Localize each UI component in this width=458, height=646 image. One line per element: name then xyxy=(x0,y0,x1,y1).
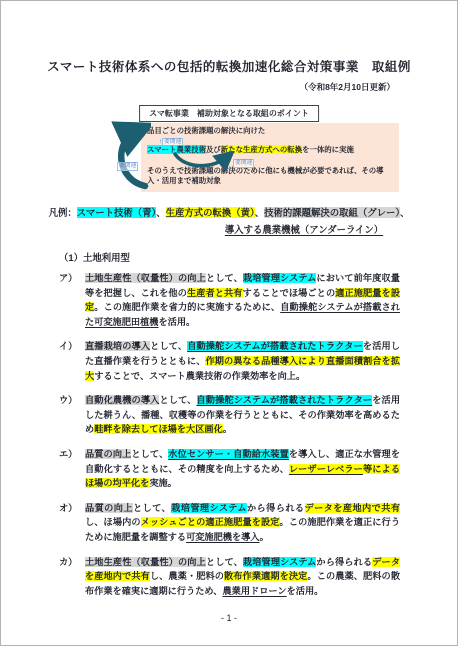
text-segment: として、 xyxy=(159,395,196,405)
text-segment: メッシュごとの適正施肥量を設定 xyxy=(141,517,280,527)
text-segment: 自動化農機の導入 xyxy=(85,395,159,405)
text-segment: 水位センサー・自動給水装置 xyxy=(168,449,289,459)
list-item: ア）土地生産性（収量性）の向上として、栽培管理システムにおいて前年度収量等を把握… xyxy=(59,271,400,329)
item-text: 品質の向上として、水位センサー・自動給水装置を導入し、適正な水管理を自動化すると… xyxy=(85,447,400,491)
text-segment: として、 xyxy=(206,273,243,283)
list-item: ウ）自動化農機の導入として、自動操舵システムが搭載されたトラクターを活用した耕う… xyxy=(59,393,400,437)
text-segment: 自動操舵システムが搭載されたトラクター xyxy=(197,395,373,405)
cycle-arrow-icon xyxy=(109,120,151,194)
item-label: カ） xyxy=(59,555,85,599)
text-segment: スマート技術（青） xyxy=(77,207,157,218)
text-segment: 散布作業適期を決定 xyxy=(224,571,307,581)
panel-line-1: 品目ごとの技術課題の解決に向けた xyxy=(147,126,394,136)
page-title: スマート技術体系への包括的転換加速化総合対策事業 取組例 xyxy=(1,1,457,75)
text-segment: 、 xyxy=(156,207,165,218)
text-segment: を一体的に実施 xyxy=(302,145,354,154)
text-segment: を活用。 xyxy=(287,586,324,596)
link-arrow-icon xyxy=(169,151,241,173)
section-heading: （1）土地利用型 xyxy=(1,250,457,264)
item-text: 品質の向上として、栽培管理システムから得られるデータを産地内で共有し、ほ場内のメ… xyxy=(85,501,400,545)
text-segment: 生産方式の転換（黄） xyxy=(166,207,255,218)
list-item: イ）直播栽培の導入として、自動操舵システムが搭載されたトラクターを活用した直播作… xyxy=(59,339,400,383)
text-segment: することでほ場ごとの xyxy=(243,288,336,298)
text-segment: し、ほ場内の xyxy=(85,517,141,527)
text-segment: 栽培管理システム xyxy=(243,557,316,567)
text-segment: 品目ごとの技術課題の解決に向けた xyxy=(147,126,265,135)
text-segment: 品質の向上 xyxy=(85,503,133,513)
text-segment: 直播栽培の導入 xyxy=(85,341,150,351)
text-segment: 品質の向上 xyxy=(85,449,131,459)
item-list: ア）土地生産性（収量性）の向上として、栽培管理システムにおいて前年度収量等を把握… xyxy=(1,271,457,598)
text-segment: 。この施肥作業を省力的に実施するために、 xyxy=(94,302,280,312)
legend-line-2: 導入する農業機械（アンダーライン） xyxy=(1,222,457,236)
list-item: オ）品質の向上として、栽培管理システムから得られるデータを産地内で共有し、ほ場内… xyxy=(59,501,400,545)
list-item: エ）品質の向上として、水位センサー・自動給水装置を導入し、適正な水管理を自動化す… xyxy=(59,447,400,491)
item-text: 自動化農機の導入として、自動操舵システムが搭載されたトラクターを活用した耕うん、… xyxy=(85,393,400,437)
list-item: カ）土地生産性（収量性）の向上として、栽培管理システムから得られるデータを産地内… xyxy=(59,555,400,599)
legend: 凡例：スマート技術（青）、生産方式の転換（黄）、技術的課題解決の取組（グレー）、… xyxy=(1,205,457,236)
item-label: エ） xyxy=(59,447,85,491)
text-segment: 凡例： xyxy=(49,207,77,218)
page-number: - 1 - xyxy=(1,613,457,623)
legend-line-1: 凡例：スマート技術（青）、生産方式の転換（黄）、技術的課題解決の取組（グレー）、 xyxy=(1,205,457,219)
text-segment: 畦畔を除去してほ場を大区画化 xyxy=(94,424,223,434)
text-segment: 可変施肥機を導入 xyxy=(186,532,260,542)
text-segment: として、 xyxy=(206,557,243,567)
text-segment: 実施。 xyxy=(149,478,177,488)
text-segment: 自動操舵システムが搭載されたトラクター xyxy=(187,341,363,351)
text-segment: し、農薬・肥料の xyxy=(150,571,224,581)
text-segment: 栽培管理システム xyxy=(243,273,316,283)
text-segment: 土地生産性（収量性）の向上 xyxy=(85,273,206,283)
text-segment: から得られる xyxy=(316,557,372,567)
text-segment: 技術的課題解決の取組（グレー） xyxy=(264,207,400,218)
item-text: 土地生産性（収量性）の向上として、栽培管理システムにおいて前年度収量等を把握し、… xyxy=(85,271,400,329)
diagram-box-title: スマ転事業 補助対象となる取組のポイント xyxy=(139,105,319,122)
text-segment: 導入する農業機械（アンダーライン） xyxy=(225,224,383,235)
text-segment: として、 xyxy=(133,503,171,513)
item-text: 土地生産性（収量性）の向上として、栽培管理システムから得られるデータを産地内で共… xyxy=(85,555,400,599)
update-date: （令和8年2月10日更新） xyxy=(1,81,457,93)
points-diagram: スマ転事業 補助対象となる取組のポイント 要関連 品目ごとの技術課題の解決に向け… xyxy=(1,105,457,193)
text-segment: 土地生産性（収量性）の向上 xyxy=(85,557,206,567)
text-segment: 。 xyxy=(223,424,232,434)
item-text: 直播栽培の導入として、自動操舵システムが搭載されたトラクターを活用した直播作業を… xyxy=(85,339,400,383)
text-segment: 、 xyxy=(255,207,264,218)
document-page: スマート技術体系への包括的転換加速化総合対策事業 取組例 （令和8年2月10日更… xyxy=(0,0,458,646)
text-segment: 農業用ドローン xyxy=(222,586,286,596)
item-label: オ） xyxy=(59,501,85,545)
text-segment: 。 xyxy=(260,532,269,542)
item-label: イ） xyxy=(59,339,85,383)
text-segment: レーザーレベラー xyxy=(289,464,363,474)
text-segment: から得られる xyxy=(247,503,305,513)
text-segment: 生産者と共有 xyxy=(187,288,243,298)
text-segment: することで、スマート農業技術の作業効率を向上。 xyxy=(94,371,305,381)
text-segment: として、 xyxy=(131,449,168,459)
text-segment: として、 xyxy=(150,341,187,351)
text-segment: 、 xyxy=(400,207,409,218)
relation-label-left: 要関連 xyxy=(117,162,138,171)
panel-label-row: ↑要関連 xyxy=(147,136,394,145)
item-label: ア） xyxy=(59,271,85,329)
text-segment: 栽培管理システム xyxy=(171,503,247,513)
text-segment: を活用。 xyxy=(159,317,196,327)
text-segment: データを産地内で共有 xyxy=(305,503,401,513)
item-label: ウ） xyxy=(59,393,85,437)
